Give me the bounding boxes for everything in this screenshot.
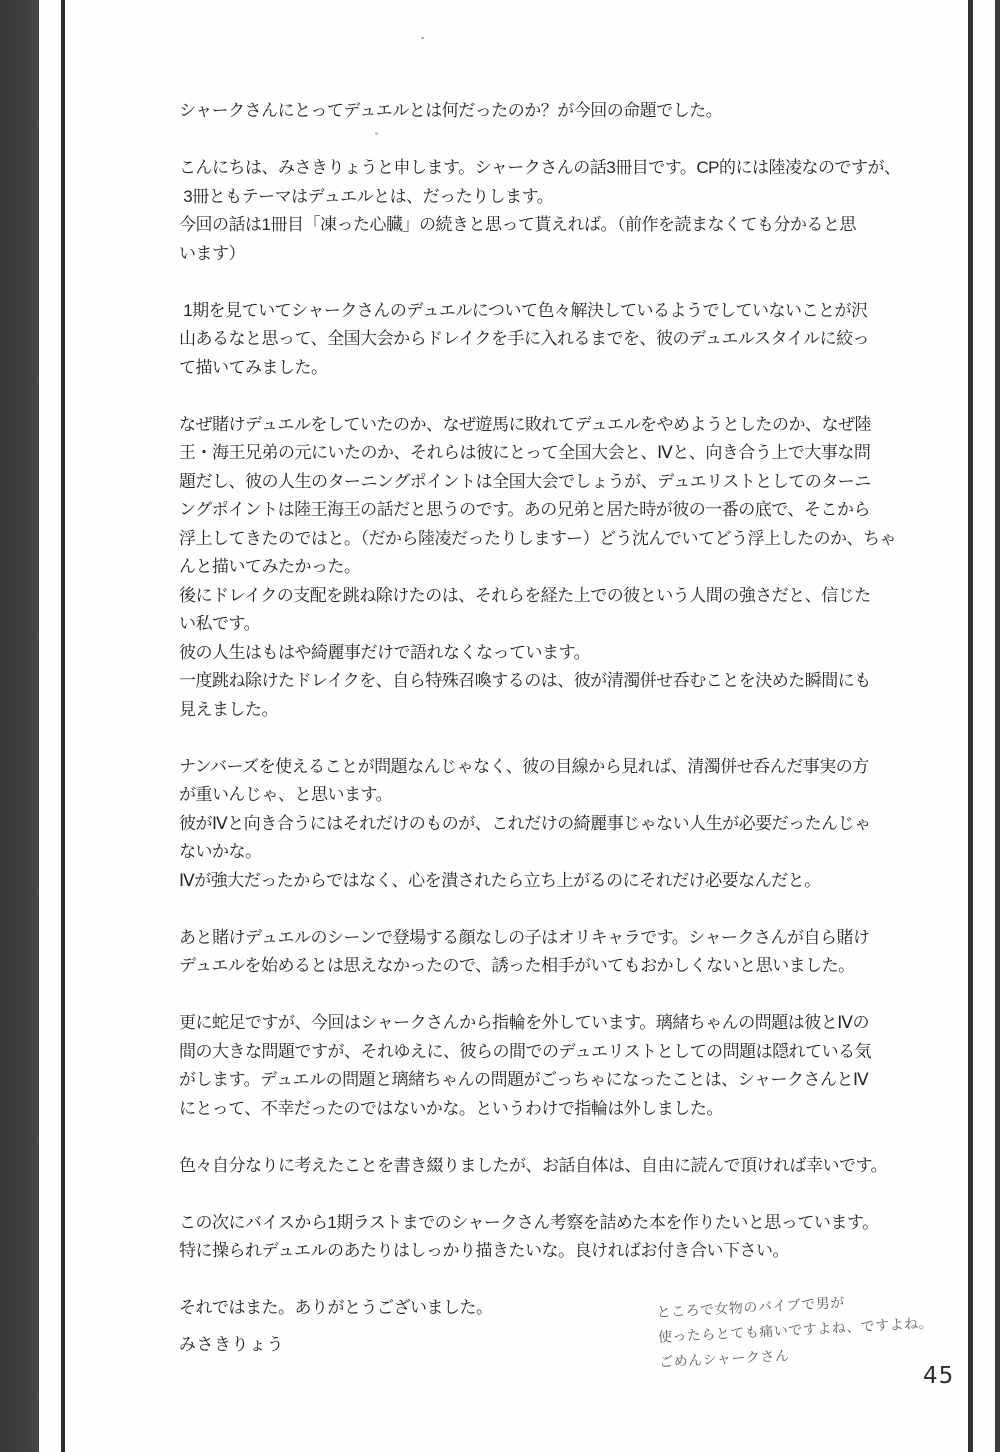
text-line: 浮上してきたのではと。（だから陸凌だったりしますー）どう沈んでいてどう浮上したの… — [179, 525, 919, 554]
text-line: 後にドレイクの支配を跳ね除けたのは、それらを経た上での彼という人間の強さだと、信… — [179, 582, 919, 611]
text-line: 今回の話は1冊目「凍った心臓」の続きと思って貰えれば。（前作を読まなくても分かる… — [179, 211, 919, 240]
text-line: この次にバイスから1期ラストまでのシャークさん考察を詰めた本を作りたいと思ってい… — [179, 1209, 919, 1238]
text-line: にとって、不幸だったのではないかな。というわけで指輪は外しました。 — [179, 1095, 919, 1124]
paragraph: シャークさんにとってデュエルとは何だったのか？が今回の命題でした。 — [179, 97, 919, 126]
paragraph: ナンバーズを使えることが問題なんじゃなく、彼の目線から見れば、清濁併せ呑んだ事実… — [179, 753, 919, 896]
text-line: います） — [179, 240, 919, 269]
text-line: い私です。 — [179, 610, 919, 639]
page-number: 45 — [923, 1363, 954, 1389]
text-line: 3冊ともテーマはデュエルとは、だったりします。 — [179, 183, 919, 212]
text-line: シャークさんにとってデュエルとは何だったのか？が今回の命題でした。 — [179, 97, 919, 126]
page-frame-right-line — [968, 0, 973, 1452]
text-line: 見えました。 — [179, 696, 919, 725]
text-line: 彼がⅣと向き合うにはそれだけのものが、これだけの綺麗事じゃない人生が必要だったん… — [179, 810, 919, 839]
text-line: なぜ賭けデュエルをしていたのか、なぜ遊馬に敗れてデュエルをやめようとしたのか、な… — [179, 411, 919, 440]
book-binding-shadow — [0, 0, 39, 1452]
text-line: ないかな。 — [179, 838, 919, 867]
text-line: 1期を見ていてシャークさんのデュエルについて色々解決しているようでしていないこと… — [179, 297, 919, 326]
scanned-page: シャークさんにとってデュエルとは何だったのか？が今回の命題でした。 こんにちは、… — [0, 0, 1000, 1452]
text-line: あと賭けデュエルのシーンで登場する顔なしの子はオリキャラです。シャークさんが自ら… — [179, 924, 919, 953]
text-line: 間の大きな問題ですが、それゆえに、彼らの間でのデュエリストとしての問題は隠れてい… — [179, 1038, 919, 1067]
handwritten-note: ところで女物のバイブで男が 使ったらとても痛いですよね、ですよね。 ごめんシャー… — [656, 1285, 950, 1375]
text-line: 一度跳ね除けたドレイクを、自ら特殊召喚するのは、彼が清濁併せ呑むことを決めた瞬間… — [179, 667, 919, 696]
text-line: がします。デュエルの問題と璃緒ちゃんの問題がごっちゃになったことは、シャークさん… — [179, 1066, 919, 1095]
text-line: 王・海王兄弟の元にいたのか、それらは彼にとって全国大会と、Ⅳと、向き合う上で大事… — [179, 439, 919, 468]
text-line: こんにちは、みさきりょうと申します。シャークさんの話3冊目です。CP的には陸凌な… — [179, 154, 919, 183]
dust-speck — [421, 37, 424, 39]
text-line: 彼の人生はもはや綺麗事だけで語れなくなっています。 — [179, 639, 919, 668]
paragraph: 色々自分なりに考えたことを書き綴りましたが、お話自体は、自由に読んで頂ければ幸い… — [179, 1152, 919, 1181]
text-line: 更に蛇足ですが、今回はシャークさんから指輪を外しています。璃緒ちゃんの問題は彼と… — [179, 1009, 919, 1038]
text-line: ングポイントは陸王海王の話だと思うのです。あの兄弟と居た時が彼の一番の底で、そこ… — [179, 496, 919, 525]
text-line: 題だし、彼の人生のターニングポイントは全国大会でしょうが、デュエリストとしてのタ… — [179, 468, 919, 497]
paragraph: 1期を見ていてシャークさんのデュエルについて色々解決しているようでしていないこと… — [179, 297, 919, 383]
text-line: んと描いてみたかった。 — [179, 553, 919, 582]
paragraph: 更に蛇足ですが、今回はシャークさんから指輪を外しています。璃緒ちゃんの問題は彼と… — [179, 1009, 919, 1123]
text-line: て描いてみました。 — [179, 354, 919, 383]
paragraph: なぜ賭けデュエルをしていたのか、なぜ遊馬に敗れてデュエルをやめようとしたのか、な… — [179, 411, 919, 725]
text-line: Ⅳが強大だったからではなく、心を潰されたら立ち上がるのにそれだけ必要なんだと。 — [179, 867, 919, 896]
afterword-text: シャークさんにとってデュエルとは何だったのか？が今回の命題でした。 こんにちは、… — [179, 97, 919, 1323]
author-signature: みさきりょう — [179, 1330, 284, 1355]
text-line: が重いんじゃ、と思います。 — [179, 781, 919, 810]
scan-edge-line — [995, 0, 1000, 1452]
paragraph: あと賭けデュエルのシーンで登場する顔なしの子はオリキャラです。シャークさんが自ら… — [179, 924, 919, 981]
text-line: 山あるなと思って、全国大会からドレイクを手に入れるまでを、彼のデュエルスタイルに… — [179, 325, 919, 354]
text-line: 色々自分なりに考えたことを書き綴りましたが、お話自体は、自由に読んで頂ければ幸い… — [179, 1152, 919, 1181]
page-frame-left-line — [61, 0, 65, 1452]
text-line: ナンバーズを使えることが問題なんじゃなく、彼の目線から見れば、清濁併せ呑んだ事実… — [179, 753, 919, 782]
paragraph: こんにちは、みさきりょうと申します。シャークさんの話3冊目です。CP的には陸凌な… — [179, 154, 919, 268]
text-line: 特に操られデュエルのあたりはしっかり描きたいな。良ければお付き合い下さい。 — [179, 1237, 919, 1266]
paragraph: この次にバイスから1期ラストまでのシャークさん考察を詰めた本を作りたいと思ってい… — [179, 1209, 919, 1266]
text-line: デュエルを始めるとは思えなかったので、誘った相手がいてもおかしくないと思いました… — [179, 952, 919, 981]
